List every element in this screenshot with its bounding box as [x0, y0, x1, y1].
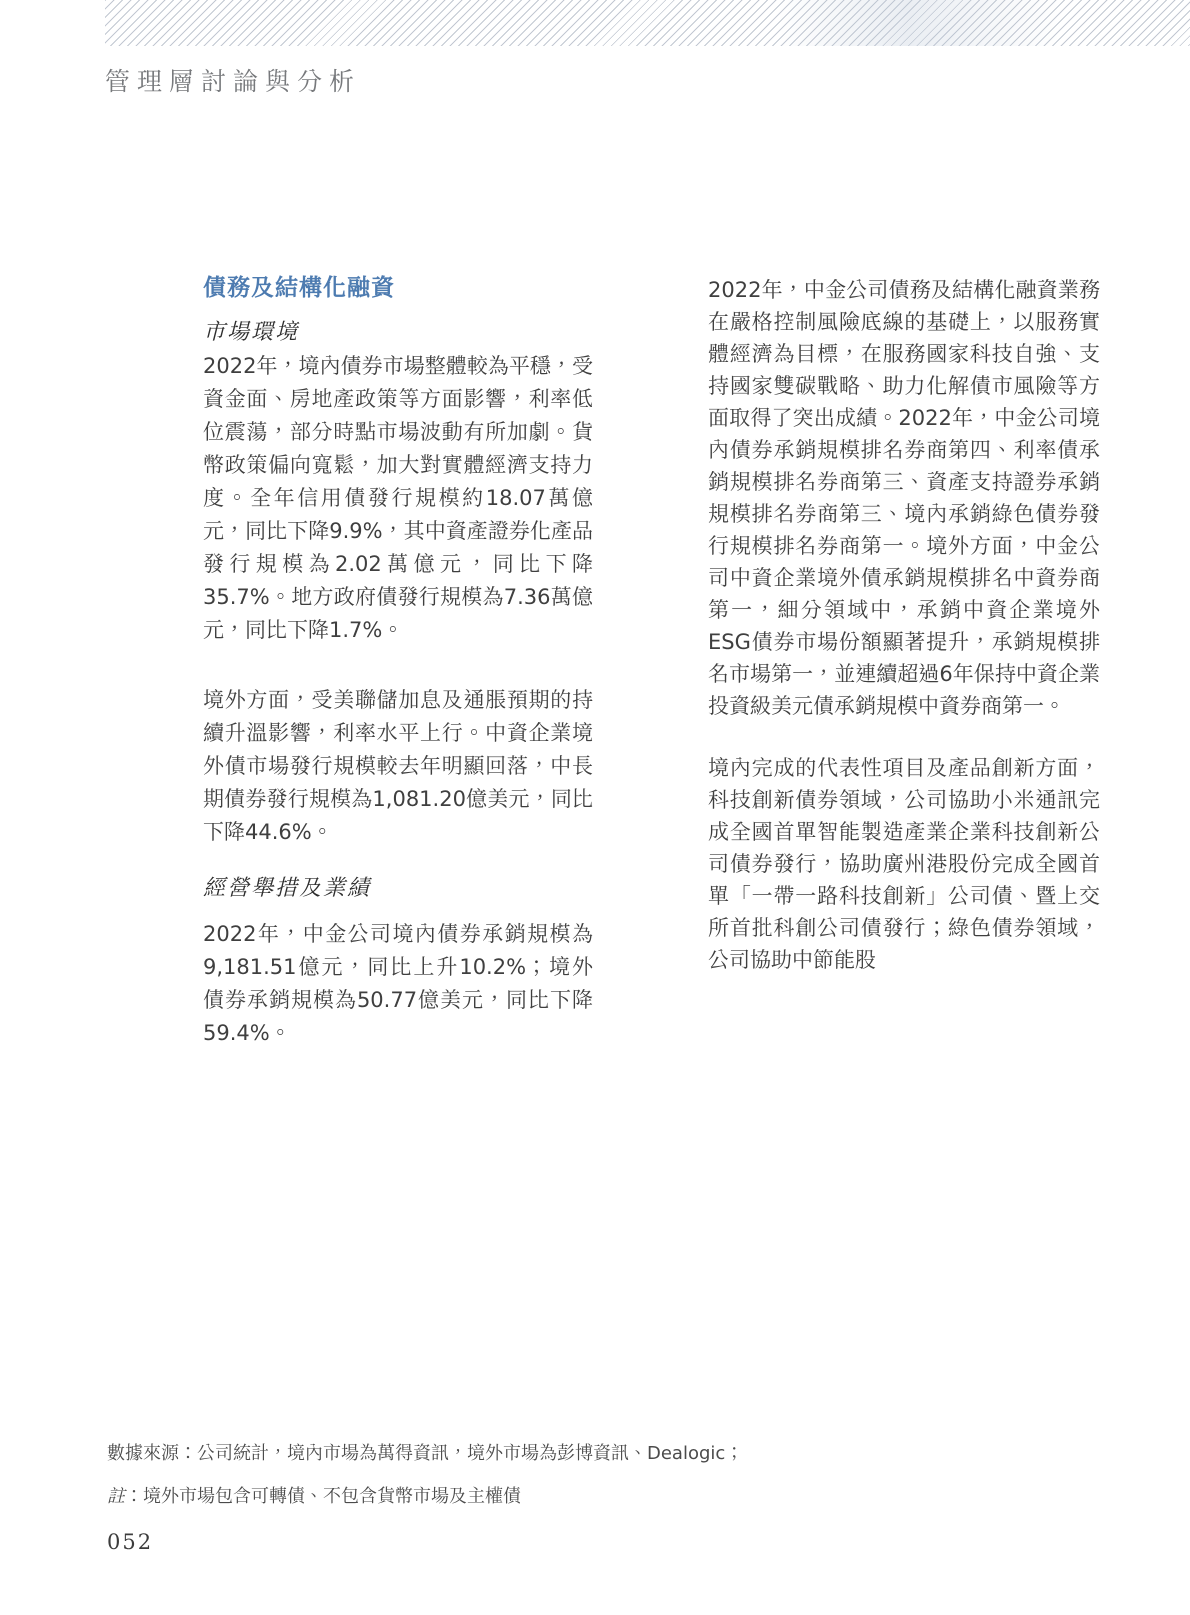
right-column: 2022年，中金公司債務及結構化融資業務在嚴格控制風險底線的基礎上，以服務實體經…: [708, 260, 1100, 1087]
content-columns: 債務及結構化融資 市場環境 2022年，境內債券市場整體較為平穩，受資金面、房地…: [203, 260, 1100, 1087]
paragraph-representative-projects: 境內完成的代表性項目及產品創新方面，科技創新債券領域，公司協助小米通訊完成全國首…: [708, 752, 1100, 976]
left-column: 債務及結構化融資 市場環境 2022年，境內債券市場整體較為平穩，受資金面、房地…: [203, 260, 593, 1087]
paragraph-underwriting-scale: 2022年，中金公司境內債券承銷規模為9,181.51億元，同比上升10.2%；…: [203, 918, 593, 1050]
paragraph-domestic-bond-market: 2022年，境內債券市場整體較為平穩，受資金面、房地產政策等方面影響，利率低位震…: [203, 350, 593, 647]
decorative-hatch-band: [105, 0, 1190, 46]
paragraph-business-achievements-rankings: 2022年，中金公司債務及結構化融資業務在嚴格控制風險底線的基礎上，以服務實體經…: [708, 274, 1100, 722]
page-number: 052: [107, 1530, 153, 1554]
note-body-text: ：境外市場包含可轉債、不包含貨幣市場及主權債: [125, 1486, 521, 1507]
page-title: 管理層討論與分析: [105, 62, 361, 98]
subsection-heading-market-environment: 市場環境: [203, 318, 593, 348]
footer-notes: 數據來源：公司統計，境內市場為萬得資訊，境外市場為彭博資訊、Dealogic； …: [107, 1442, 1087, 1509]
section-heading-debt-structured-finance: 債務及結構化融資: [203, 272, 593, 304]
note-prefix-label: 註: [107, 1486, 125, 1507]
column-gap: [593, 260, 708, 1087]
paragraph-offshore-bond-market: 境外方面，受美聯儲加息及通脹預期的持續升溫影響，利率水平上行。中資企業境外債市場…: [203, 684, 593, 849]
subsection-heading-operations-results: 經營舉措及業績: [203, 874, 593, 904]
note-line: 註：境外市場包含可轉債、不包含貨幣市場及主權債: [107, 1485, 1087, 1509]
data-source-line: 數據來源：公司統計，境內市場為萬得資訊，境外市場為彭博資訊、Dealogic；: [107, 1442, 1087, 1466]
report-page: 管理層討論與分析 債務及結構化融資 市場環境 2022年，境內債券市場整體較為平…: [0, 0, 1190, 1615]
